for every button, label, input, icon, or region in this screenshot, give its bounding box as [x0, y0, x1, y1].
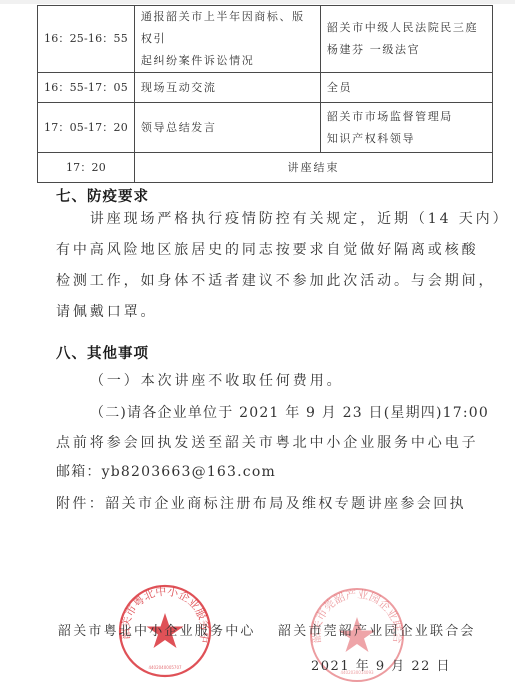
time-cell: 17：05-17：20: [38, 103, 135, 153]
topic-cell: 通报韶关市上半年因商标、版权引 起纠纷案件诉讼情况: [134, 6, 320, 73]
topic-cell: 领导总结发言: [134, 103, 320, 153]
speaker-line: 韶关市市场监督管理局: [327, 106, 486, 128]
attachment-line: 附件：韶关市企业商标注册布局及维权专题讲座参会回执: [56, 493, 466, 513]
right-org-signature: 韶关市莞韶产业园企业联合会: [278, 620, 476, 639]
table-row: 16：55-17：05 现场互动交流 全员: [38, 73, 493, 103]
time-cell: 16：55-17：05: [38, 73, 135, 103]
section8-heading: 八、其他事项: [56, 342, 149, 363]
table-row: 17：20 讲座结束: [38, 153, 493, 183]
topic-line: 起纠纷案件诉讼情况: [141, 50, 314, 72]
speaker-line: 韶关市中级人民法院民三庭: [327, 17, 486, 39]
speaker-line: 知识产权科领导: [327, 128, 486, 150]
time-cell: 17：20: [38, 153, 135, 183]
section8-item2-line: （二)请各企业单位于 2021 年 9 月 23 日(星期四)17:00: [90, 402, 489, 422]
viewer-top-edge: [0, 0, 515, 4]
topic-cell: 现场互动交流: [134, 73, 320, 103]
section7-line: 检测工作，如身体不适者建议不参加此次活动。与会期间，: [56, 270, 495, 290]
end-cell: 讲座结束: [134, 153, 492, 183]
section8-item1: （一）本次讲座不收取任何费用。: [90, 370, 344, 390]
section7-line: 有中高风险地区旅居史的同志按要求自觉做好隔离或核酸: [56, 239, 479, 259]
left-org-signature: 韶关市粤北中小企业服务中心: [58, 620, 256, 639]
schedule-table: 16：25-16：55 通报韶关市上半年因商标、版权引 起纠纷案件诉讼情况 韶关…: [37, 5, 493, 183]
speaker-cell: 韶关市市场监督管理局 知识产权科领导: [320, 103, 492, 153]
section8-email-line: 邮箱：yb8203663@163.com: [56, 461, 276, 481]
section7-heading: 七、防疫要求: [56, 185, 149, 206]
speaker-cell: 全员: [320, 73, 492, 103]
table-row: 16：25-16：55 通报韶关市上半年因商标、版权引 起纠纷案件诉讼情况 韶关…: [38, 6, 493, 73]
time-cell: 16：25-16：55: [38, 6, 135, 73]
issue-date: 2021 年 9 月 22 日: [311, 655, 451, 674]
topic-line: 通报韶关市上半年因商标、版权引: [141, 6, 314, 50]
speaker-cell: 韶关市中级人民法院民三庭 杨建芬 一级法官: [320, 6, 492, 73]
table-row: 17：05-17：20 领导总结发言 韶关市市场监督管理局 知识产权科领导: [38, 103, 493, 153]
section7-line: 讲座现场严格执行疫情防控有关规定，近期（14 天内）: [56, 208, 509, 228]
section8-item2-line: 点前将参会回执发送至韶关市粤北中小企业服务中心电子: [56, 432, 479, 452]
svg-text:4402040005707: 4402040005707: [148, 665, 182, 670]
speaker-line: 杨建芬 一级法官: [327, 39, 486, 61]
section7-line: 请佩戴口罩。: [56, 301, 157, 321]
